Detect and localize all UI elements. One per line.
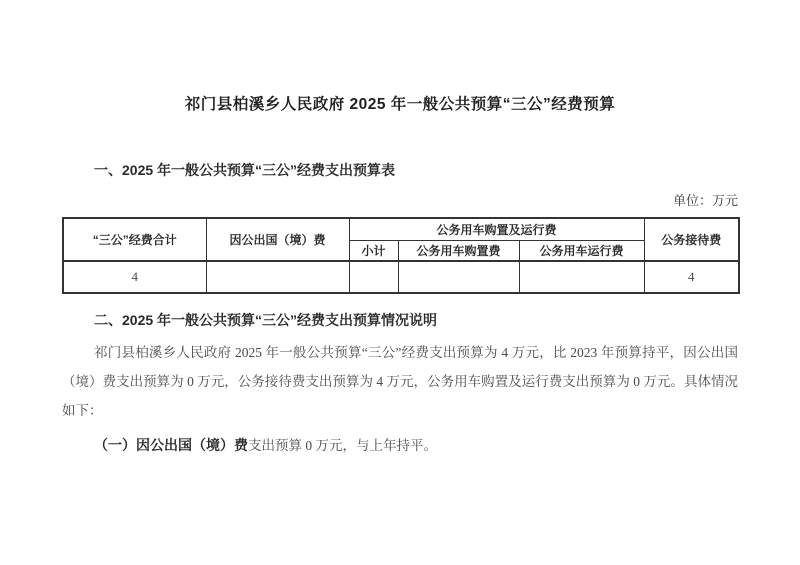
col-header-vehicle-group: 公务用车购置及运行费 (349, 218, 644, 240)
col-header-vehicle-subtotal: 小计 (349, 240, 398, 261)
paragraph-line-2: （境）费支出预算为 0 万元，公务接待费支出预算为 4 万元，公务用车购置及运行… (62, 367, 738, 396)
cell-abroad-fee-value (206, 261, 349, 293)
paragraph-line-3: 如下： (62, 396, 738, 425)
budget-table-container: “三公”经费合计 因公出国（境）费 公务用车购置及运行费 公务接待费 小计 公务… (62, 217, 738, 294)
cell-vehicle-purchase-value (398, 261, 519, 293)
col-header-abroad-fee: 因公出国（境）费 (206, 218, 349, 261)
cell-reception-fee-value: 4 (644, 261, 739, 293)
explanation-paragraph: 祁门县柏溪乡人民政府 2025 年一般公共预算“三公”经费支出预算为 4 万元，… (62, 338, 738, 425)
cell-vehicle-subtotal-value (349, 261, 398, 293)
col-header-vehicle-operation: 公务用车运行费 (519, 240, 644, 261)
sangong-budget-table: “三公”经费合计 因公出国（境）费 公务用车购置及运行费 公务接待费 小计 公务… (62, 217, 740, 294)
document-page: 祁门县柏溪乡人民政府 2025 年一般公共预算“三公”经费预算 一、2025 年… (0, 0, 800, 565)
section1-heading: 一、2025 年一般公共预算“三公”经费支出预算表 (94, 160, 395, 180)
paragraph-line-1: 祁门县柏溪乡人民政府 2025 年一般公共预算“三公”经费支出预算为 4 万元，… (62, 338, 738, 367)
col-header-sangong-total: “三公”经费合计 (63, 218, 206, 261)
col-header-vehicle-purchase: 公务用车购置费 (398, 240, 519, 261)
col-header-reception-fee: 公务接待费 (644, 218, 739, 261)
item1-bold-label: （一）因公出国（境）费 (94, 437, 248, 453)
table-header-row-1: “三公”经费合计 因公出国（境）费 公务用车购置及运行费 公务接待费 (63, 218, 739, 240)
document-title: 祁门县柏溪乡人民政府 2025 年一般公共预算“三公”经费预算 (0, 92, 800, 114)
cell-vehicle-operation-value (519, 261, 644, 293)
unit-label: 单位：万元 (673, 190, 738, 209)
section2-heading: 二、2025 年一般公共预算“三公”经费支出预算情况说明 (94, 310, 437, 330)
table-data-row: 4 4 (63, 261, 739, 293)
item1-line: （一）因公出国（境）费支出预算 0 万元，与上年持平。 (94, 435, 437, 456)
cell-sangong-total-value: 4 (63, 261, 206, 293)
item1-text: 支出预算 0 万元，与上年持平。 (248, 438, 437, 453)
